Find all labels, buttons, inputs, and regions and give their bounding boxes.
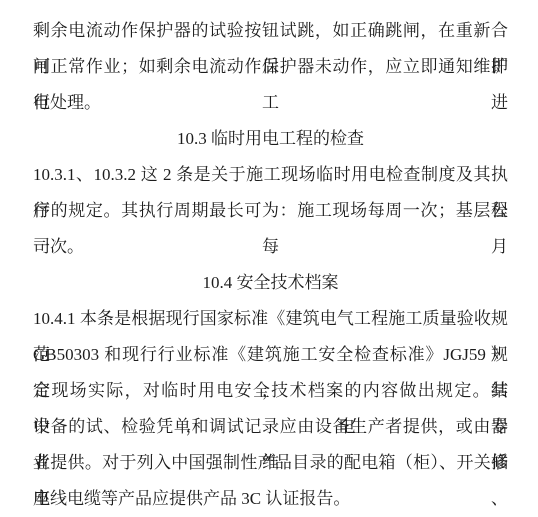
section-heading: 10.3 临时用电工程的检查 (33, 121, 508, 157)
paragraph-line: 10.3.1、10.3.2 这 2 条是关于施工现场临时用电检查制度及其执行程 (33, 157, 508, 193)
paragraph-line: 剩余电流动作保护器的试验按钮试跳，如正确跳闸，在重新合闸后即 (33, 13, 508, 49)
paragraph-line: 可正常作业；如剩余电流动作保护器未动作，应立即通知维护电工进 (33, 49, 508, 85)
paragraph-line: 10.4.1 本条是根据现行国家标准《建筑电气工程施工质量验收规范》 (33, 301, 508, 337)
section-heading: 10.4 安全技术档案 (33, 265, 508, 301)
paragraph-line: 序的规定。其执行周期最长可为：施工现场每周一次；基层公司每月 (33, 193, 508, 229)
paragraph-line: 设备的试、检验凭单和调试记录应由设备生产者提供，或由专业维修 (33, 409, 508, 445)
paragraph-line: GB50303 和现行行业标准《建筑施工安全检查标准》JGJ59 规定，结 (33, 337, 508, 373)
document-page: 剩余电流动作保护器的试验按钮试跳，如正确跳闸，在重新合闸后即可正常作业；如剩余电… (0, 0, 538, 517)
paragraph-line: 合现场实际，对临时用电安全技术档案的内容做出规定。其中，电器 (33, 373, 508, 409)
paragraph-line: 者提供。对于列入中国强制性产品目录的配电箱（柜）、开关插座、 (33, 445, 508, 481)
